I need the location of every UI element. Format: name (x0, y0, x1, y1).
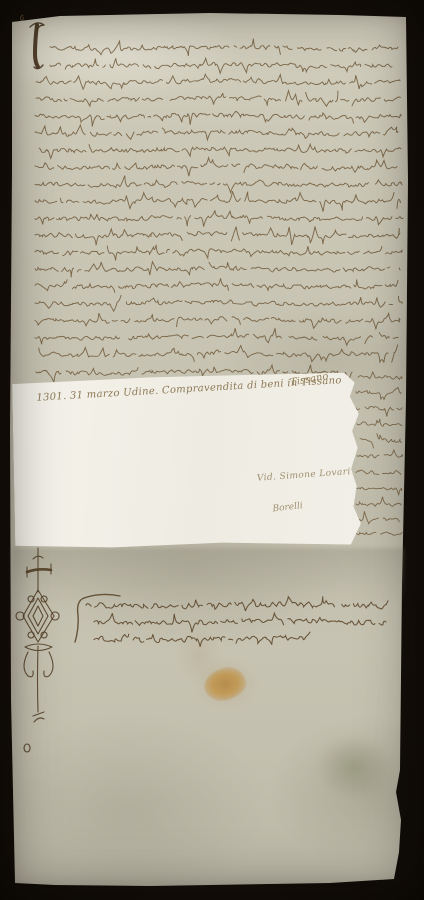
archival-slip: 1301. 31 marzo Udine. Compravendita di b… (12, 372, 361, 551)
main-text-block-line (39, 345, 400, 363)
main-text-block-line (35, 313, 400, 329)
notarial-block-line (94, 613, 386, 632)
main-text-block-line (35, 295, 402, 311)
main-text-block-line (35, 111, 401, 126)
notary-signum (33, 606, 43, 626)
main-text-block-line (36, 91, 402, 107)
notary-signum (28, 632, 34, 638)
margin-fragment-block-line (356, 470, 401, 474)
main-text-block-line (35, 191, 400, 212)
notary-signum (38, 646, 39, 712)
main-text-block-line (36, 74, 400, 89)
slip-signature-2: Borelli (272, 501, 303, 514)
slip-signature-1: Vid. Simone Lovari (257, 467, 351, 484)
main-text-block-line (35, 328, 398, 345)
notary-signum-cross (27, 569, 51, 572)
notary-signum (33, 712, 44, 716)
photo-of-charter: 1301. 31 marzo Udine. Compravendita di b… (0, 0, 424, 900)
notary-signum (51, 612, 59, 620)
main-text-block-line (35, 227, 400, 246)
main-text-block-line (35, 262, 400, 278)
main-text-block-line (35, 210, 403, 226)
corner-mark (20, 15, 23, 20)
margin-fragment-block-line (356, 497, 401, 507)
margin-fragment-block-line (356, 406, 402, 416)
main-text-block-line (35, 278, 398, 292)
slip-annotation: 1301. 31 marzo Udine. Compravendita di b… (36, 377, 306, 405)
notarial-initial (84, 594, 120, 598)
main-text-block-line (35, 245, 402, 261)
margin-fragment-block-line (357, 419, 402, 426)
margin-fragment-block-line (356, 532, 402, 535)
notarial-block-line (86, 596, 388, 611)
notary-signum (34, 718, 44, 722)
main-text-block-line (50, 58, 392, 73)
main-text-block-line (35, 158, 397, 176)
notarial-initial (75, 598, 84, 642)
margin-fragment-block-line (357, 511, 400, 523)
notary-signum (28, 598, 48, 634)
main-text-block-line (50, 39, 398, 56)
notarial-block-line (94, 632, 310, 647)
notary-signum (44, 652, 53, 677)
main-text-block-line (35, 176, 402, 193)
margin-fragment-block-line (360, 434, 401, 448)
margin-fragment-block-line (357, 450, 402, 458)
main-text-block-line (35, 125, 398, 140)
main-text-block-line (39, 144, 401, 158)
initial-letter-stem (35, 25, 38, 67)
notary-signum (24, 652, 33, 677)
margin-fragment-block-line (358, 372, 402, 379)
notary-signum (24, 744, 30, 752)
margin-fragment-block-line (357, 488, 402, 495)
margin-fragment-block-line (356, 388, 401, 400)
